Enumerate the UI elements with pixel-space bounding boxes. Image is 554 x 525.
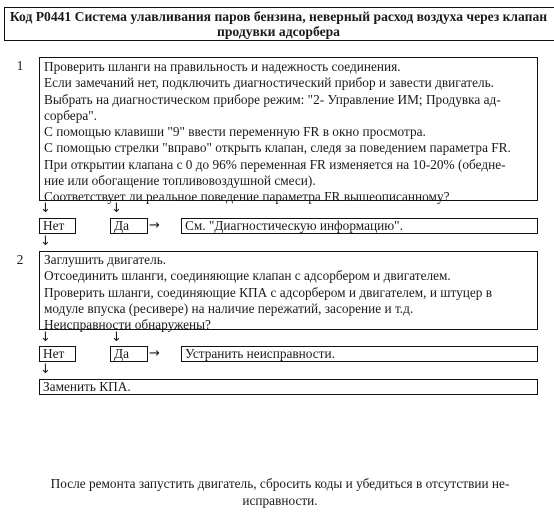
arrow-down-icon: ↓: [111, 332, 122, 344]
arrow-down-icon: ↓: [40, 236, 51, 248]
step-2-yes-option: Да: [110, 346, 148, 362]
arrow-down-icon: ↓: [40, 203, 51, 215]
step-1-line: ние или обогащение топливовоздушной смес…: [44, 173, 533, 189]
page-title: Код P0441 Система улавливания паров бенз…: [4, 7, 554, 41]
step-1-line: При открытии клапана с 0 до 96% переменн…: [44, 157, 533, 173]
arrow-down-icon: ↓: [40, 364, 51, 376]
step-2-line: Отсоединить шланги, соединяющие клапан с…: [44, 268, 533, 284]
footer-note: После ремонта запустить двигатель, сброс…: [40, 475, 520, 509]
step-1-no-option: Нет: [39, 218, 76, 234]
arrow-right-icon: →: [149, 348, 160, 360]
step-2-line: модуле впуска (ресивере) на наличие пере…: [44, 301, 533, 317]
step-1-line: С помощью клавиши "9" ввести переменную …: [44, 124, 533, 140]
footer-line: После ремонта запустить двигатель, сброс…: [40, 475, 520, 492]
arrow-down-icon: ↓: [111, 203, 122, 215]
step-1-line: С помощью стрелки "вправо" открыть клапа…: [44, 140, 533, 156]
step-2-no-option: Нет: [39, 346, 76, 362]
step-1-yes-result: См. "Диагностическую информацию".: [181, 218, 538, 234]
step-1-line: Если замечаний нет, подключить диагности…: [44, 75, 533, 91]
step-1-box: Проверить шланги на правильность и надеж…: [39, 57, 538, 201]
step-1-line: Выбрать на диагностическом приборе режим…: [44, 92, 533, 108]
arrow-down-icon: ↓: [40, 332, 51, 344]
step-1-number: 1: [12, 58, 28, 74]
step-1-line: сорбера".: [44, 108, 533, 124]
arrow-right-icon: →: [149, 220, 160, 232]
step-1-yes-option: Да: [110, 218, 148, 234]
step-2-box: Заглушить двигатель. Отсоединить шланги,…: [39, 251, 538, 330]
footer-line: исправности.: [40, 492, 520, 509]
step-2-line: Заглушить двигатель.: [44, 252, 533, 268]
final-action-box: Заменить КПА.: [39, 379, 538, 395]
step-1-line: Проверить шланги на правильность и надеж…: [44, 59, 533, 75]
step-2-line: Проверить шланги, соединяющие КПА с адсо…: [44, 285, 533, 301]
step-2-yes-result: Устранить неисправности.: [181, 346, 538, 362]
step-2-number: 2: [12, 252, 28, 268]
